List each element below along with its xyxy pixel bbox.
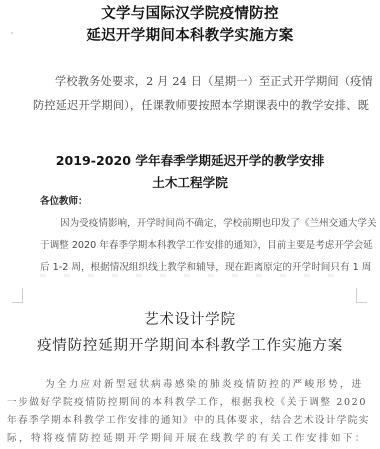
section3-body-line4: 际，特将疫情防控延期开学期间开展在线教学的有关工作安排如下： (7, 430, 367, 444)
section3-body-line1: 为全力应对新型冠状病毒感染的肺炎疫情防控的严峻形势，进 (45, 376, 363, 390)
section3-body-line3: 年春季学期本科教学工作安排的通知》中的具体要求，结合艺术设计学院实 (7, 412, 370, 426)
section3-body-line2: 一步做好学院疫情防控期间的本科教学工作，根据我校《关于调整 2020 (7, 394, 367, 408)
section2-body-line2: 于调整 2020 年春季学期本科教学工作安排的通知》，目前主要是考虑开学会延 (40, 237, 373, 251)
section1-title-line2: 延迟开学期间本科教学实施方案 (0, 24, 380, 45)
cut-off-text-row (40, 274, 340, 277)
section2-body-line1: 因为受疫情影响，开学时间尚不确定，学校前期也印发了《兰州交通大学关 (60, 215, 377, 229)
page-corner-mark-right (356, 288, 367, 303)
section3-title-line2: 疫情防控延期开学期间本科教学工作实施方案 (0, 334, 380, 355)
section2-title-line1: 2019-2020 学年春季学期延迟开学的教学安排 (0, 150, 380, 169)
section2-greeting: 各位教师： (40, 193, 88, 207)
section1-body-line2: 防控延迟开学期间），任课教师要按照本学期课表中的教学安排、既 (33, 97, 369, 113)
page-corner-mark-left (12, 288, 23, 303)
section1-body-line1: 学校教务处要求，2 月 24 日（星期一）至正式开学期间（疫情 (55, 73, 373, 89)
section2-body-line3: 后 1-2 周，根据情况组织线上教学和辅导，现在距离原定的开学时间只有 1 周 (40, 259, 371, 273)
section1-title-line1: 文学与国际汉学院疫情防控 (0, 2, 380, 23)
section2-title-line2: 土木工程学院 (0, 172, 380, 191)
section3-title-line1: 艺术设计学院 (0, 308, 380, 329)
